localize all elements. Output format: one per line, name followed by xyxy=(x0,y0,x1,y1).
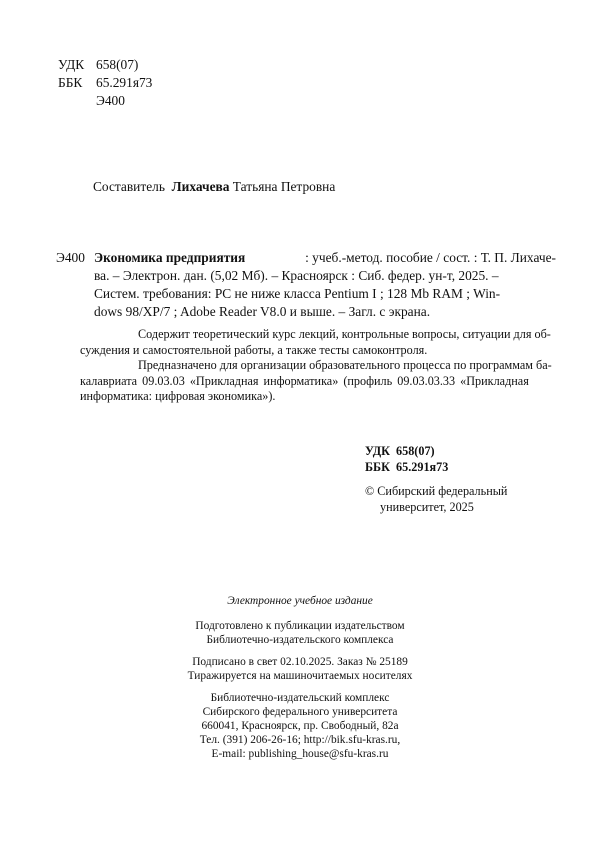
publisher-line2: Сибирского федерального университета xyxy=(150,705,450,719)
prepared-line2: Библиотечно-издательского комплекса xyxy=(150,633,450,647)
signed-line1: Подписано в свет 02.10.2025. Заказ № 251… xyxy=(150,655,450,669)
bottom-udk: УДК 658(07) xyxy=(365,444,448,460)
bottom-codes: УДК 658(07) ББК 65.291я73 xyxy=(365,444,448,475)
udk-row: УДК 658(07) xyxy=(58,56,152,74)
copyright-line1: © Сибирский федеральный xyxy=(365,484,507,500)
publisher-line3: 660041, Красноярск, пр. Свободный, 82а xyxy=(150,719,450,733)
annotation-p1-line1: Содержит теоретический курс лекций, конт… xyxy=(80,327,554,343)
signed-block: Подписано в свет 02.10.2025. Заказ № 251… xyxy=(150,655,450,683)
compiler-line: Составитель Лихачева Татьяна Петровна xyxy=(93,178,335,196)
prepared-line1: Подготовлено к публикации издательством xyxy=(150,619,450,633)
author-mark-row: Э400 xyxy=(58,92,152,110)
biblio-line-3: Систем. требования: PC не ниже класса Pe… xyxy=(56,285,556,303)
top-codes: УДК 658(07) ББК 65.291я73 Э400 xyxy=(58,56,152,110)
signed-line2: Тиражируется на машиночитаемых носителях xyxy=(150,669,450,683)
annotation-p2-line1: Предназначено для организации образовате… xyxy=(80,358,554,374)
bbk-row: ББК 65.291я73 xyxy=(58,74,152,92)
copyright: © Сибирский федеральный университет, 202… xyxy=(365,484,507,515)
publisher-block: Библиотечно-издательский комплекс Сибирс… xyxy=(150,691,450,761)
biblio-line-4: dows 98/XP/7 ; Adobe Reader V8.0 и выше.… xyxy=(56,303,556,321)
annotation-p2-line2: калавриата 09.03.03 «Прикладная информат… xyxy=(80,374,554,390)
compiler-label: Составитель xyxy=(93,179,165,194)
publisher-line1: Библиотечно-издательский комплекс xyxy=(150,691,450,705)
biblio-line-2: ва. – Электрон. дан. (5,02 Мб). – Красно… xyxy=(56,267,556,285)
author-mark: Э400 xyxy=(96,92,125,110)
udk-value: 658(07) xyxy=(96,56,138,74)
bibliographic-record: Э400 Экономика предприятия : учеб.-метод… xyxy=(56,249,556,321)
udk-label: УДК xyxy=(58,56,96,74)
compiler-surname: Лихачева xyxy=(172,179,230,194)
book-title: Экономика предприятия xyxy=(94,249,245,267)
copyright-line2: университет, 2025 xyxy=(365,500,507,516)
bottom-bbk: ББК 65.291я73 xyxy=(365,460,448,476)
biblio-mark: Э400 xyxy=(56,249,94,267)
annotation-p2-line3: информатика: цифровая экономика»). xyxy=(80,389,554,405)
edition-type: Электронное учебное издание xyxy=(150,594,450,608)
biblio-line-1: Э400 Экономика предприятия : учеб.-метод… xyxy=(56,249,556,267)
bbk-value: 65.291я73 xyxy=(96,74,152,92)
biblio-line-1-rest: : учеб.-метод. пособие / сост. : Т. П. Л… xyxy=(305,249,556,267)
prepared-block: Подготовлено к публикации издательством … xyxy=(150,619,450,647)
bbk-label: ББК xyxy=(58,74,96,92)
annotation: Содержит теоретический курс лекций, конт… xyxy=(80,327,554,405)
compiler-name: Татьяна Петровна xyxy=(233,179,335,194)
publisher-email: E-mail: publishing_house@sfu-kras.ru xyxy=(150,747,450,761)
annotation-p1-line2: суждения и самостоятельной работы, а так… xyxy=(80,343,554,359)
publisher-phone-website: Тел. (391) 206-26-16; http://bik.sfu-kra… xyxy=(150,733,450,747)
